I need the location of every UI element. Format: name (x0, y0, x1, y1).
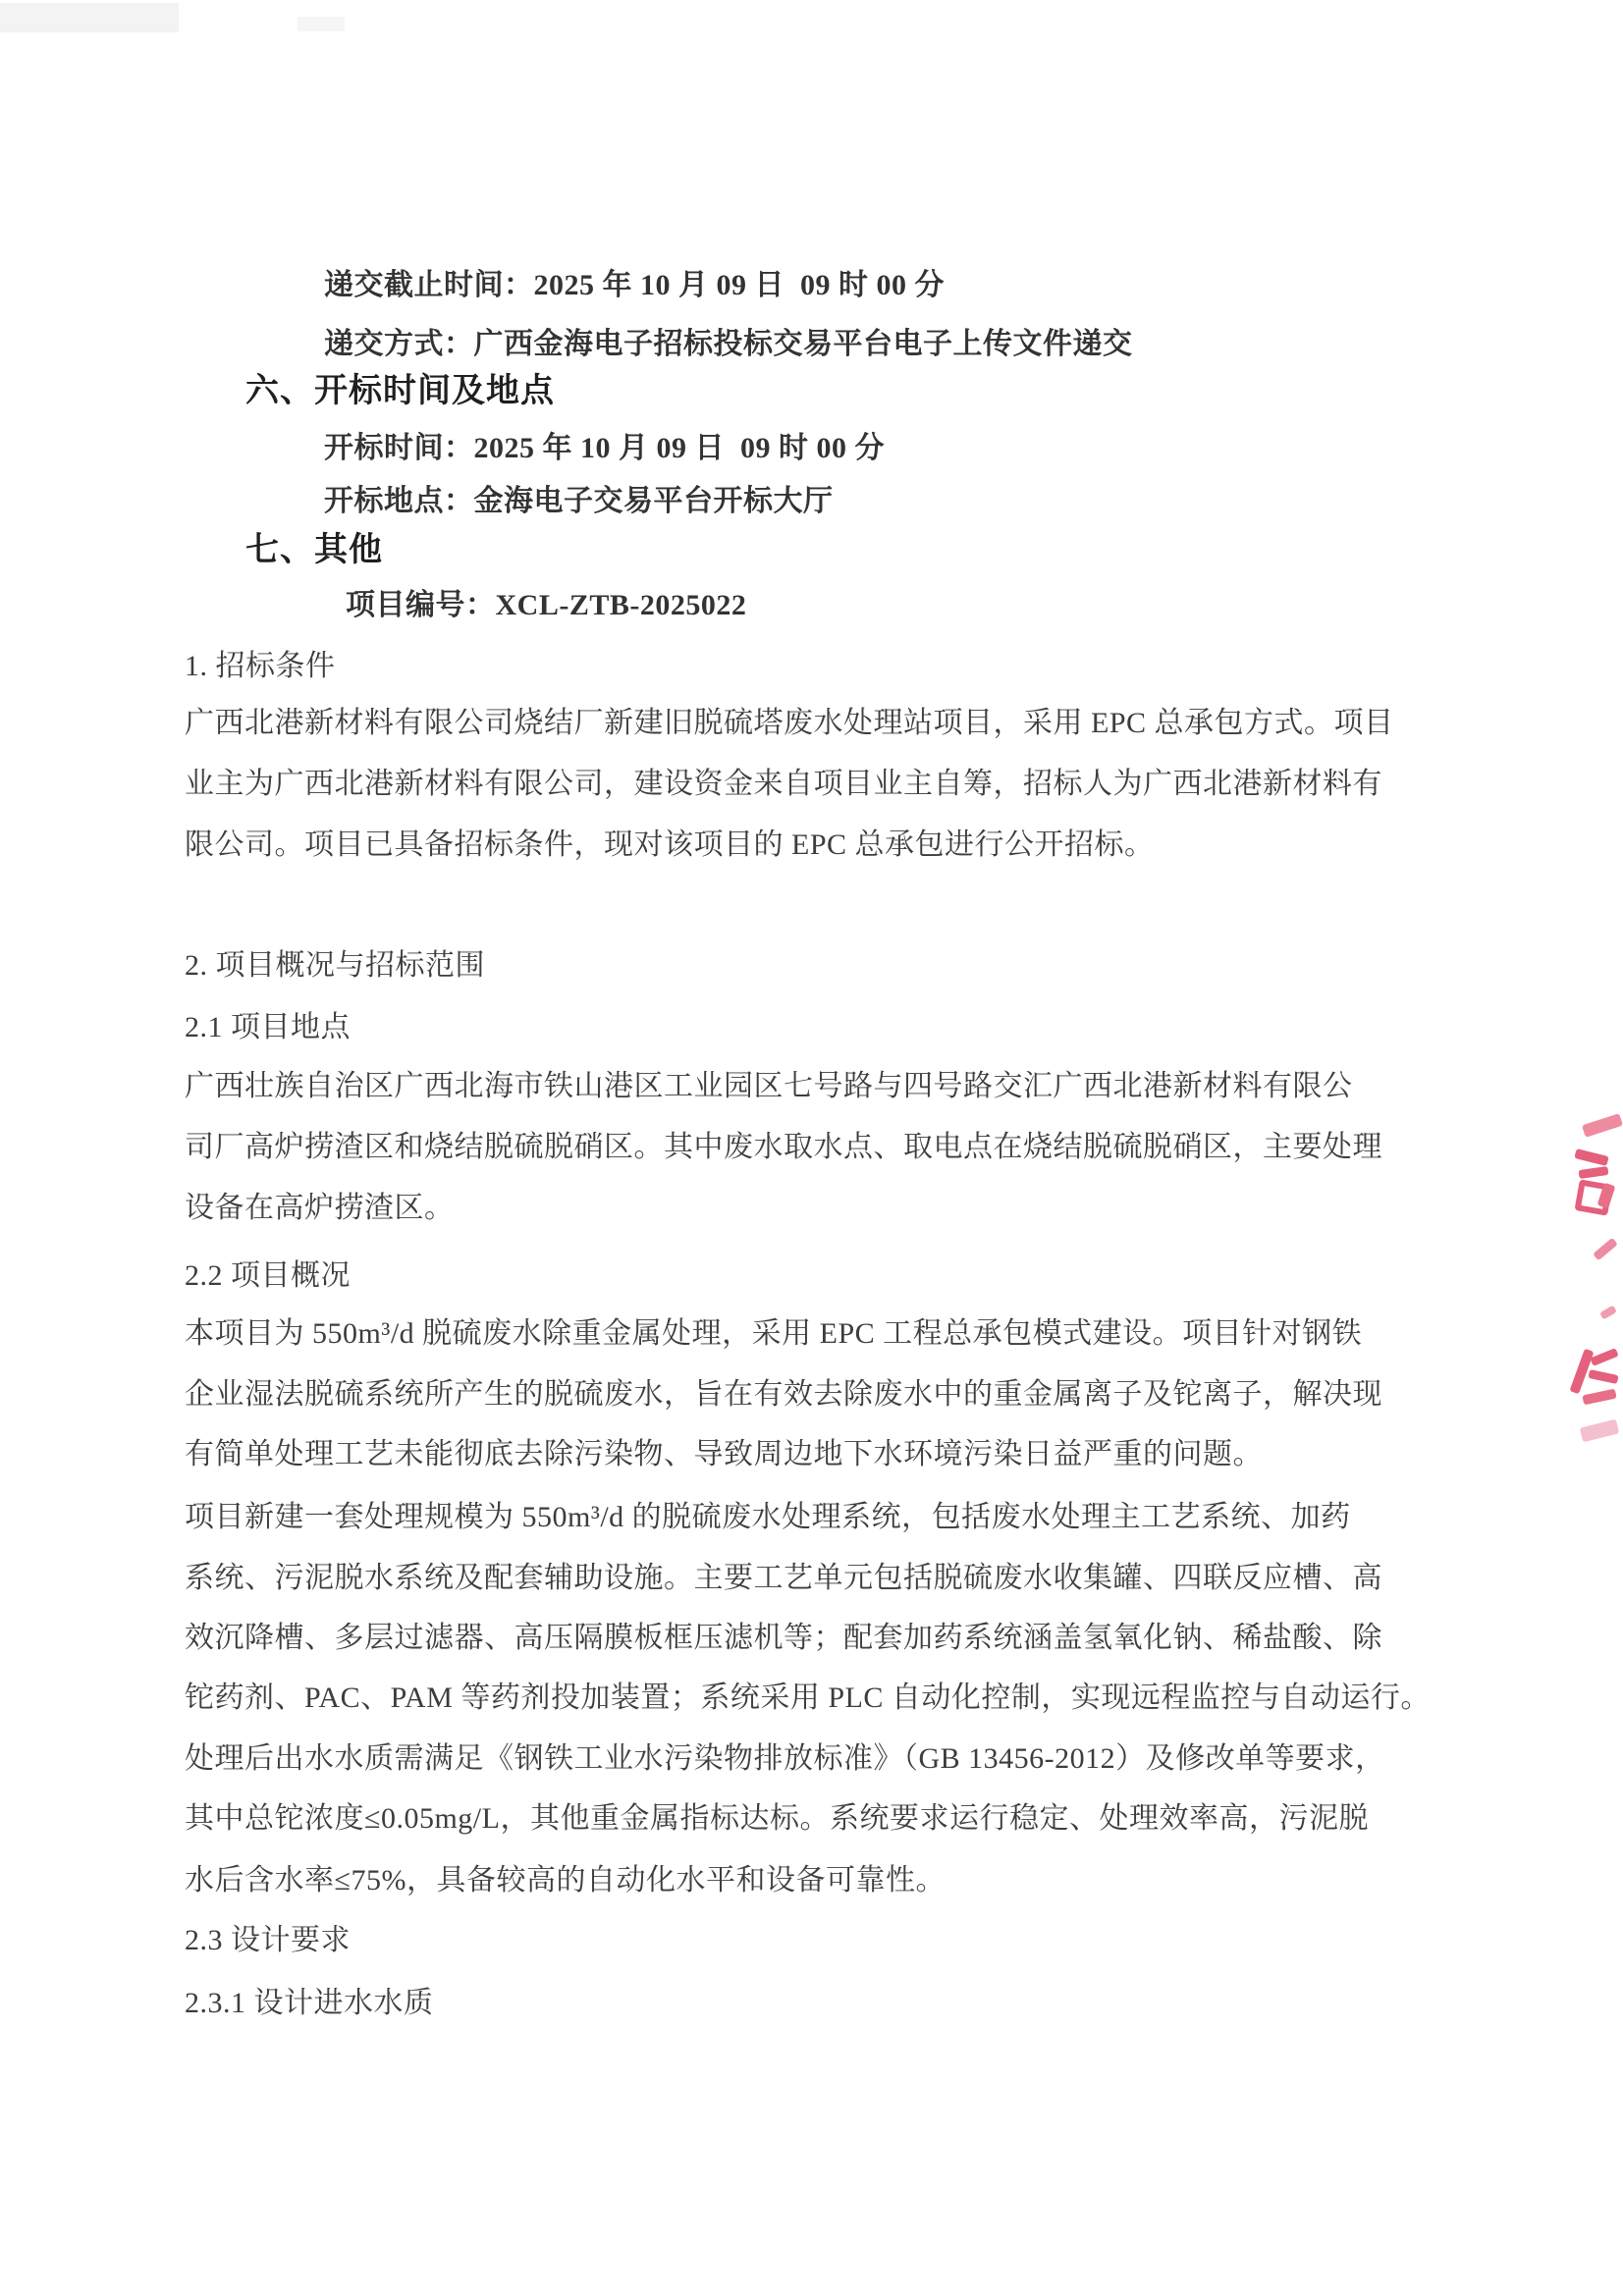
scope-text-line: 铊药剂、PAC、PAM 等药剂投加装置；系统采用 PLC 自动化控制，实现远程监… (185, 1680, 1431, 1717)
location-text-line: 广西壮族自治区广西北海市铁山港区工业园区七号路与四号路交汇广西北港新材料有限公 (185, 1068, 1353, 1105)
scope-text-line: 处理后出水水质需满足《钢铁工业水污染物排放标准》（GB 13456-2012）及… (185, 1740, 1385, 1778)
seal-stroke (1580, 1419, 1620, 1443)
section6-heading: 六、开标时间及地点 (245, 371, 555, 410)
seal-stroke (1574, 1179, 1612, 1215)
seal-stroke (1582, 1389, 1616, 1406)
design-requirements-heading: 2.3 设计要求 (185, 1922, 351, 1959)
inlet-quality-heading: 2.3.1 设计进水水质 (185, 1985, 434, 2022)
bidding-conditions-text-line: 业主为广西北港新材料有限公司，建设资金来自项目业主自筹，招标人为广西北港新材料有 (185, 766, 1382, 803)
bidding-conditions-text-line: 限公司。项目已具备招标条件，现对该项目的 EPC 总承包进行公开招标。 (185, 827, 1155, 864)
scan-smudge (0, 3, 179, 32)
seal-stroke (1599, 1306, 1617, 1320)
overview-heading: 2. 项目概况与招标范围 (185, 947, 485, 985)
scope-text-line: 其中总铊浓度≤0.05mg/L，其他重金属指标达标。系统要求运行稳定、处理效率高… (185, 1800, 1369, 1838)
scope-text-line: 效沉降槽、多层过滤器、高压隔膜板框压滤机等；配套加药系统涵盖氢氧化钠、稀盐酸、除 (185, 1620, 1382, 1657)
seal-stroke (1588, 1369, 1618, 1384)
profile-text-line: 企业湿法脱硫系统所产生的脱硫废水，旨在有效去除废水中的重金属离子及铊离子，解决现 (185, 1376, 1382, 1414)
submission-method-line: 递交方式：广西金海电子招标投标交易平台电子上传文件递交 (324, 326, 1133, 363)
seal-stroke (1579, 1166, 1609, 1179)
red-seal-fragment (1567, 1107, 1623, 1453)
seal-stroke (1597, 1183, 1616, 1209)
bidding-conditions-text-line: 广西北港新材料有限公司烧结厂新建旧脱硫塔废水处理站项目，采用 EPC 总承包方式… (185, 705, 1394, 742)
location-text-line: 设备在高炉捞渣区。 (185, 1190, 455, 1227)
scope-text-line: 项目新建一套处理规模为 550m³/d 的脱硫废水处理系统，包括废水处理主工艺系… (185, 1499, 1351, 1536)
section7-heading: 七、其他 (245, 530, 383, 569)
location-text-line: 司厂高炉捞渣区和烧结脱硫脱硝区。其中废水取水点、取电点在烧结脱硫脱硝区，主要处理 (185, 1129, 1382, 1166)
scope-text-line: 水后含水率≤75%，具备较高的自动化水平和设备可靠性。 (185, 1862, 946, 1899)
seal-stroke (1582, 1113, 1623, 1138)
scope-text-line: 系统、污泥脱水系统及配套辅助设施。主要工艺单元包括脱硫废水收集罐、四联反应槽、高 (185, 1560, 1382, 1597)
scan-smudge (298, 17, 345, 31)
location-heading: 2.1 项目地点 (185, 1009, 351, 1046)
profile-heading: 2.2 项目概况 (185, 1257, 351, 1295)
bidding-conditions-heading: 1. 招标条件 (185, 648, 336, 685)
seal-stroke (1590, 1348, 1618, 1366)
seal-stroke (1569, 1349, 1594, 1395)
profile-text-line: 本项目为 550m³/d 脱硫废水除重金属处理，采用 EPC 工程总承包模式建设… (185, 1315, 1362, 1353)
seal-stroke (1574, 1148, 1608, 1166)
bid-opening-place-line: 开标地点：金海电子交易平台开标大厅 (324, 483, 834, 520)
submission-deadline-line: 递交截止时间：2025 年 10 月 09 日 09 时 00 分 (324, 267, 945, 304)
seal-stroke (1593, 1238, 1618, 1261)
scanned-document-page: 递交截止时间：2025 年 10 月 09 日 09 时 00 分 递交方式：广… (0, 0, 1623, 2296)
project-number-line: 项目编号：XCL-ZTB-2025022 (346, 587, 746, 624)
profile-text-line: 有简单处理工艺未能彻底去除污染物、导致周边地下水环境污染日益严重的问题。 (185, 1436, 1263, 1473)
bid-opening-time-line: 开标时间：2025 年 10 月 09 日 09 时 00 分 (324, 430, 885, 467)
